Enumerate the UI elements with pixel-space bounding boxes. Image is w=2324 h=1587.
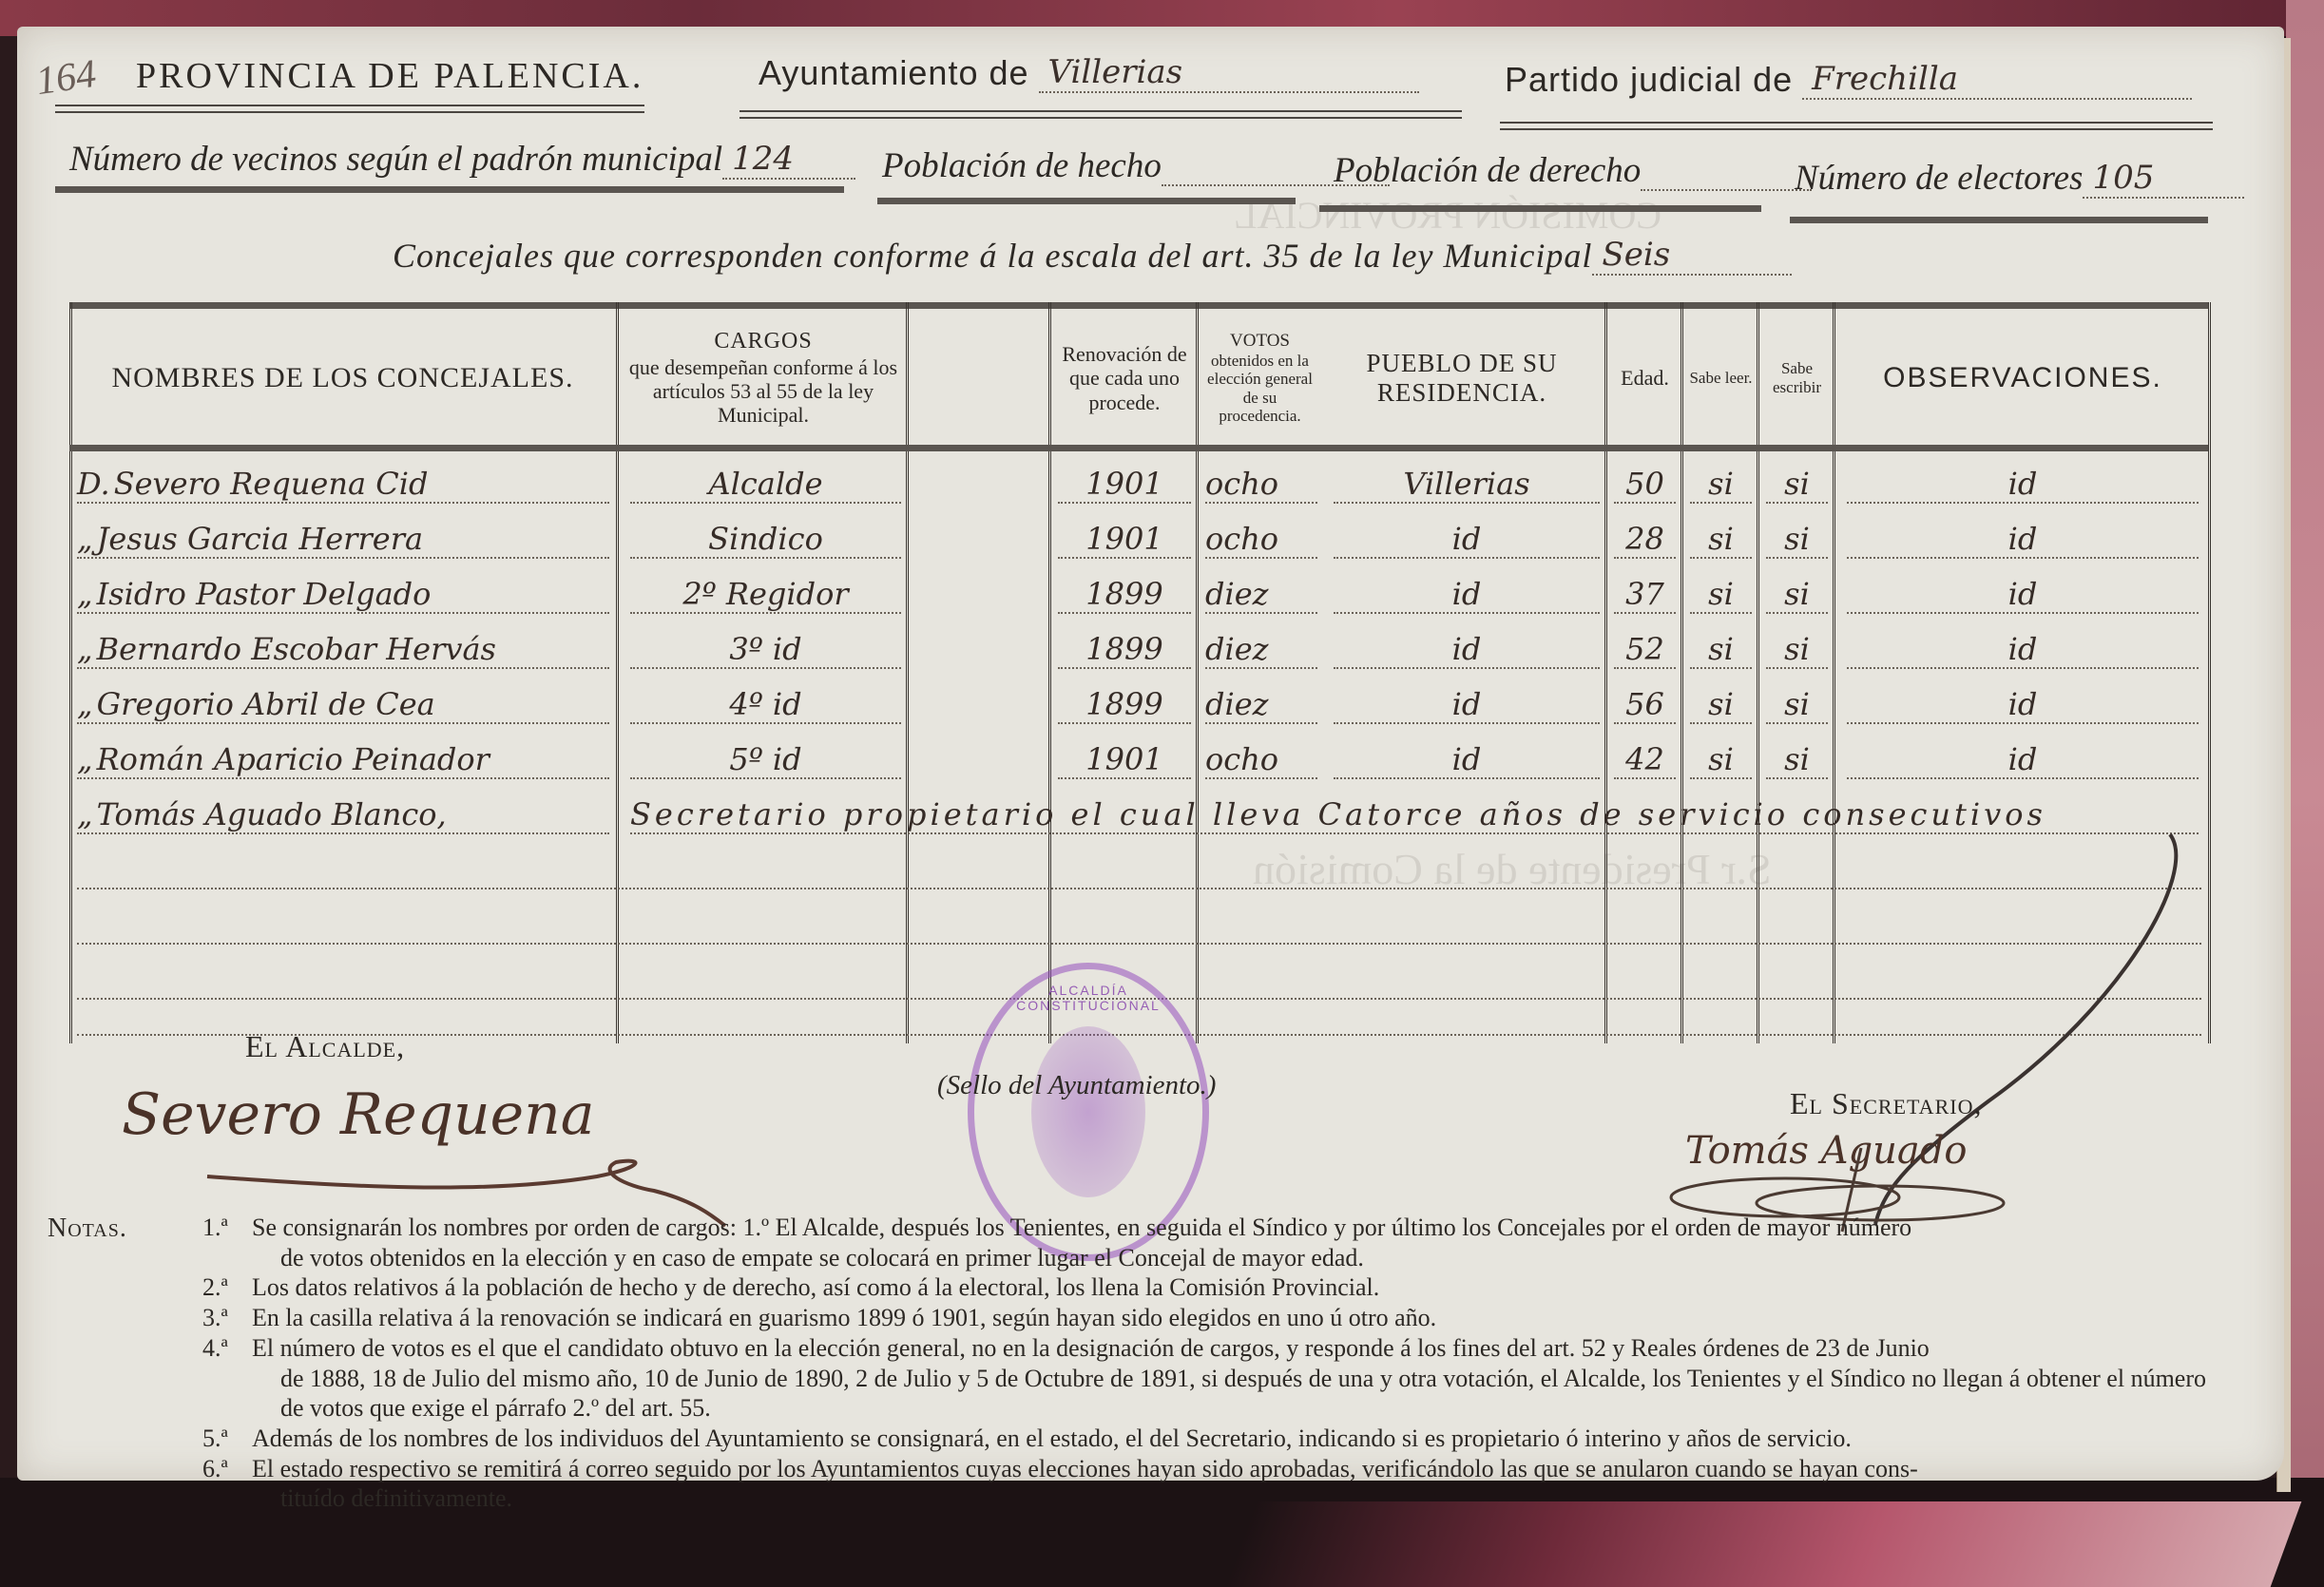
- observaciones: id: [2008, 521, 2038, 557]
- note-text: Además de los nombres de los individuos …: [252, 1424, 1852, 1452]
- note-continuation: de votos obtenidos en la elección y en c…: [252, 1243, 2215, 1273]
- poblacion-hecho-label: Población de hecho: [882, 145, 1162, 186]
- cargo: 4º id: [729, 686, 801, 722]
- header-cargos: CARGOS que desempeñan conforme á los art…: [621, 312, 906, 445]
- renovacion: 1899: [1085, 576, 1162, 612]
- header-renovacion: Renovación de que cada uno procede.: [1053, 312, 1196, 445]
- header-cargos-sub: que desempeñan conforme á los artículos …: [621, 355, 906, 428]
- edad: 52: [1625, 631, 1664, 667]
- table-top-rule: [69, 302, 2208, 309]
- observaciones: id: [2008, 741, 2038, 777]
- note-number: 2.ª: [202, 1272, 252, 1303]
- votos: diez: [1205, 686, 1269, 722]
- edad: 56: [1625, 686, 1664, 722]
- margin-note: 164: [33, 51, 99, 105]
- header-renovacion-label: Renovación de que cada uno procede.: [1053, 342, 1196, 414]
- electores-label: Número de electores: [1795, 158, 2083, 199]
- header-sabe-escribir: Sabe escribir: [1761, 312, 1833, 445]
- observaciones: id: [2008, 466, 2038, 502]
- header-cargos-title: CARGOS: [714, 329, 812, 355]
- pueblo: id: [1452, 521, 1482, 557]
- poblacion-derecho-value[interactable]: [1641, 189, 1812, 191]
- divider: [1319, 205, 1761, 212]
- pueblo: Villerias: [1403, 466, 1529, 502]
- concejales-table: NOMBRES DE LOS CONCEJALES. CARGOS que de…: [69, 302, 2208, 1043]
- edad: 28: [1625, 521, 1664, 557]
- note-item: 1.ªSe consignarán los nombres por orden …: [48, 1213, 2215, 1272]
- electores-field: Número de electores 105: [1795, 158, 2244, 199]
- sabe-leer: si: [1708, 576, 1734, 612]
- prefix: „: [77, 686, 93, 722]
- header-bottom-rule: [69, 445, 2208, 451]
- renovacion: 1901: [1085, 466, 1162, 502]
- prefix: „: [77, 576, 93, 612]
- partido-value[interactable]: Frechilla: [1802, 60, 2192, 100]
- province-heading: PROVINCIA DE PALENCIA.: [136, 55, 643, 97]
- vecinos-value[interactable]: 124: [722, 140, 855, 180]
- notes-section: Notas. 1.ªSe consignarán los nombres por…: [48, 1213, 2215, 1514]
- header-sabe-leer: Sabe leer.: [1685, 312, 1757, 445]
- sabe-escribir: si: [1784, 741, 1810, 777]
- sabe-leer: si: [1708, 521, 1734, 557]
- sabe-escribir: si: [1784, 686, 1810, 722]
- votos: ocho: [1205, 466, 1278, 502]
- sabe-leer: si: [1708, 741, 1734, 777]
- table-row: D. Severo Requena Cid Alcalde 1901 ocho …: [69, 454, 2208, 509]
- alcalde-signature: Severo Requena: [122, 1081, 595, 1148]
- poblacion-derecho-label: Población de derecho: [1334, 150, 1641, 191]
- header-observaciones-label: OBSERVACIONES.: [1883, 362, 2162, 395]
- renovacion: 1901: [1085, 741, 1162, 777]
- note-number: 3.ª: [202, 1303, 252, 1333]
- coat-of-arms-icon: [1031, 1026, 1145, 1197]
- note-number: 6.ª: [202, 1454, 252, 1484]
- header-sabe-escribir-label: Sabe escribir: [1761, 359, 1833, 396]
- sabe-leer: si: [1708, 466, 1734, 502]
- header-edad: Edad.: [1609, 312, 1681, 445]
- ayuntamiento-value[interactable]: Villerias: [1039, 53, 1419, 93]
- secretario-label: El Secretario,: [1790, 1086, 1982, 1121]
- table-row: „ Isidro Pastor Delgado 2º Regidor 1899 …: [69, 564, 2208, 620]
- votos: ocho: [1205, 741, 1278, 777]
- cargo: 2º Regidor: [682, 576, 848, 612]
- cargo: Alcalde: [709, 466, 823, 502]
- note-number: 5.ª: [202, 1424, 252, 1454]
- sabe-leer: si: [1708, 686, 1734, 722]
- table-row: „ Bernardo Escobar Hervás 3º id 1899 die…: [69, 620, 2208, 675]
- ayuntamiento-field: Ayuntamiento de Villerias: [759, 53, 1419, 93]
- pueblo: id: [1452, 631, 1482, 667]
- sello-label: (Sello del Ayuntamiento.): [937, 1070, 1216, 1101]
- sabe-escribir: si: [1784, 466, 1810, 502]
- ayuntamiento-label: Ayuntamiento de: [759, 53, 1029, 93]
- sabe-escribir: si: [1784, 576, 1810, 612]
- edad: 37: [1625, 576, 1664, 612]
- province-title: PROVINCIA DE PALENCIA.: [136, 55, 643, 97]
- votos: diez: [1205, 631, 1269, 667]
- sabe-escribir: si: [1784, 631, 1810, 667]
- divider: [1500, 122, 2213, 124]
- prefix: D.: [77, 466, 110, 502]
- cargo: 5º id: [729, 741, 801, 777]
- prefix: „: [77, 631, 93, 667]
- note-continuation: tituído definitivamente.: [252, 1483, 2215, 1514]
- sabe-leer: si: [1708, 631, 1734, 667]
- divider: [1790, 217, 2208, 223]
- note-item: 5.ªAdemás de los nombres de los individu…: [48, 1424, 2215, 1454]
- pueblo: id: [1452, 576, 1482, 612]
- divider: [877, 198, 1296, 204]
- renovacion: 1901: [1085, 521, 1162, 557]
- divider: [55, 186, 844, 193]
- form-page: 164 COMISIÓN PROVINCIAL S.r Presidente d…: [17, 27, 2284, 1481]
- concejal-name: Bernardo Escobar Hervás: [97, 631, 496, 667]
- table-row: „ Gregorio Abril de Cea 4º id 1899 diez …: [69, 675, 2208, 730]
- table-row: „ Jesus Garcia Herrera Sindico 1901 ocho…: [69, 509, 2208, 564]
- vecinos-label: Número de vecinos según el padrón munici…: [69, 139, 722, 180]
- concejal-name: Severo Requena Cid: [114, 466, 429, 502]
- poblacion-derecho-field: Población de derecho: [1334, 150, 1812, 191]
- note-text: Los datos relativos á la población de he…: [252, 1273, 1379, 1301]
- concejales-label: Concejales que corresponden conforme á l…: [393, 236, 1592, 276]
- binding-cloth: [1225, 1501, 2302, 1587]
- divider: [739, 110, 1462, 112]
- header-sabe-leer-label: Sabe leer.: [1689, 369, 1752, 388]
- divider: [55, 105, 644, 106]
- note-text: En la casilla relativa á la renovación s…: [252, 1304, 1436, 1331]
- concejales-value[interactable]: Seis: [1592, 236, 1792, 276]
- secretario-name: Tomás Aguado Blanco,: [97, 796, 447, 832]
- note-item: 3.ªEn la casilla relativa á la renovació…: [48, 1303, 2215, 1333]
- concejal-name: Isidro Pastor Delgado: [97, 576, 432, 612]
- alcalde-label: El Alcalde,: [245, 1029, 405, 1064]
- renovacion: 1899: [1085, 686, 1162, 722]
- concejales-field: Concejales que corresponden conforme á l…: [393, 236, 1792, 276]
- cargo: 3º id: [729, 631, 801, 667]
- pueblo: id: [1452, 741, 1482, 777]
- note-continuation: de 1888, 18 de Julio del mismo año, 10 d…: [252, 1364, 2215, 1424]
- stamp-text: ALCALDÍA CONSTITUCIONAL: [974, 983, 1202, 1013]
- prefix: „: [77, 796, 93, 832]
- header-observaciones: OBSERVACIONES.: [1837, 312, 2208, 445]
- electores-value[interactable]: 105: [2083, 159, 2244, 199]
- header-edad-label: Edad.: [1621, 366, 1669, 390]
- partido-label: Partido judicial de: [1505, 60, 1793, 100]
- prefix: „: [77, 521, 93, 557]
- cargo: Sindico: [708, 521, 823, 557]
- note-text: Se consignarán los nombres por orden de …: [252, 1214, 1911, 1241]
- edad: 42: [1625, 741, 1664, 777]
- partido-field: Partido judicial de Frechilla: [1505, 60, 2192, 100]
- prefix: „: [77, 741, 93, 777]
- note-item: 2.ªLos datos relativos á la población de…: [48, 1272, 2215, 1303]
- vecinos-field: Número de vecinos según el padrón munici…: [69, 139, 855, 180]
- header-pueblo: PUEBLO DE SU RESIDENCIA.: [1200, 312, 1604, 445]
- observaciones: id: [2008, 631, 2038, 667]
- header-pueblo-label: PUEBLO DE SU RESIDENCIA.: [1319, 349, 1604, 408]
- votos: diez: [1205, 576, 1269, 612]
- poblacion-hecho-field: Población de hecho: [882, 145, 1390, 186]
- table-row: „ Román Aparicio Peinador 5º id 1901 och…: [69, 730, 2208, 785]
- note-text: El número de votos es el que el candidat…: [252, 1334, 1930, 1362]
- secretario-note: Secretario propietario el cual lleva Cat…: [630, 796, 2046, 832]
- pueblo: id: [1452, 686, 1482, 722]
- edad: 50: [1625, 466, 1664, 502]
- bleed-through-text: COMISIÓN PROVINCIAL: [1234, 193, 1661, 238]
- book-binding-right: [2286, 0, 2324, 1587]
- sabe-escribir: si: [1784, 521, 1810, 557]
- note-item: 4.ªEl número de votos es el que el candi…: [48, 1333, 2215, 1424]
- header-nombres-label: NOMBRES DE LOS CONCEJALES.: [111, 362, 573, 395]
- observaciones: id: [2008, 576, 2038, 612]
- header-nombres: NOMBRES DE LOS CONCEJALES.: [69, 312, 616, 445]
- note-item: 6.ªEl estado respectivo se remitirá á co…: [48, 1454, 2215, 1514]
- note-number: 1.ª: [202, 1213, 252, 1243]
- concejal-name: Román Aparicio Peinador: [97, 741, 490, 777]
- observaciones: id: [2008, 686, 2038, 722]
- concejal-name: Gregorio Abril de Cea: [97, 686, 435, 722]
- concejal-name: Jesus Garcia Herrera: [97, 521, 423, 557]
- renovacion: 1899: [1085, 631, 1162, 667]
- note-text: El estado respectivo se remitirá á corre…: [252, 1455, 1918, 1482]
- votos: ocho: [1205, 521, 1278, 557]
- note-number: 4.ª: [202, 1333, 252, 1364]
